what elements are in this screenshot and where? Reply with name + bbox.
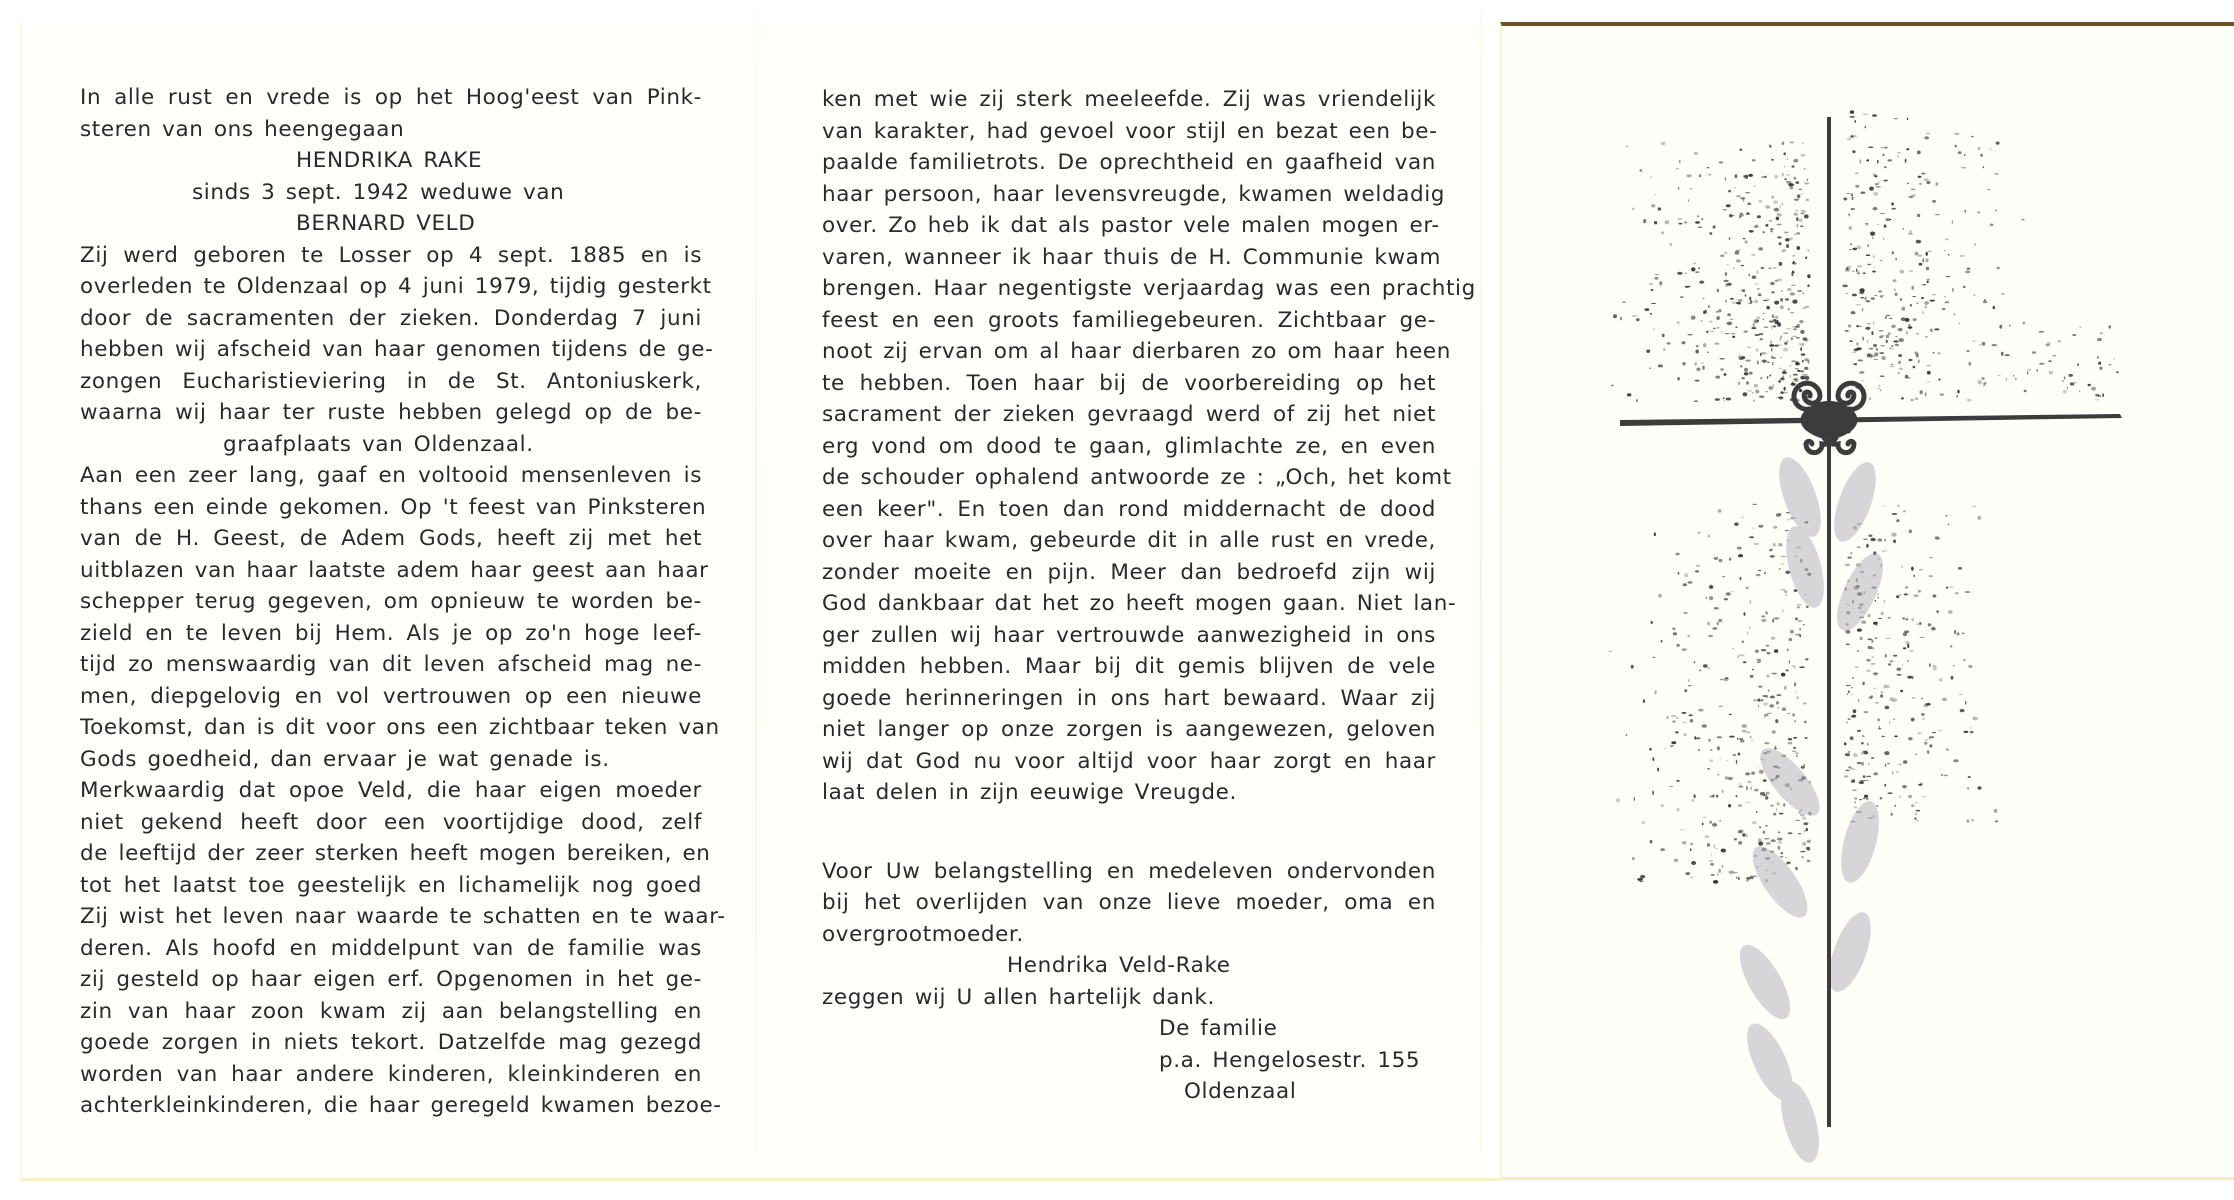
text-line: zeggen wij U allen hartelijk dank.: [822, 982, 1436, 1014]
text-line: goede zorgen in niets tekort. Datzelfde …: [80, 1027, 702, 1059]
text-line: overgrootmoeder.: [822, 919, 1436, 951]
text-line: HENDRIKA RAKE: [80, 145, 702, 177]
text-line: over haar kwam, gebeurde dit in alle rus…: [822, 525, 1436, 557]
text-line: Gods goedheid, dan ervaar je wat genade …: [80, 744, 702, 776]
text-line: Voor Uw belangstelling en medeleven onde…: [822, 856, 1436, 888]
text-line: deren. Als hoofd en middelpunt van de fa…: [80, 933, 702, 965]
text-line: erg vond om dood te gaan, glimlachte ze,…: [822, 431, 1436, 463]
left-text-column: In alle rust en vrede is op het Hoog'ees…: [80, 82, 702, 1122]
text-line: hebben wij afscheid van haar genomen tij…: [80, 334, 702, 366]
text-line: God dankbaar dat het zo heeft mogen gaan…: [822, 588, 1436, 620]
text-line: over. Zo heb ik dat als pastor vele male…: [822, 210, 1436, 242]
text-line: uitblazen van haar laatste adem haar gee…: [80, 555, 702, 587]
text-line: sacrament der zieken gevraagd werd of zi…: [822, 399, 1436, 431]
text-line: de leeftijd der zeer sterken heeft mogen…: [80, 838, 702, 870]
text-line: sinds 3 sept. 1942 weduwe van: [80, 177, 702, 209]
text-line: Zij wist het leven naar waarde te schatt…: [80, 901, 702, 933]
text-line: worden van haar andere kinderen, kleinki…: [80, 1059, 702, 1091]
text-line: de schouder ophalend antwoorde ze : „Och…: [822, 462, 1436, 494]
text-line: te hebben. Toen haar bij de voorbereidin…: [822, 368, 1436, 400]
text-line: Zij werd geboren te Losser op 4 sept. 18…: [80, 240, 702, 272]
middle-text-column: ken met wie zij sterk meeleefde. Zij was…: [822, 84, 1436, 1108]
text-line: tot het laatst toe geestelijk en lichame…: [80, 870, 702, 902]
text-line: Aan een zeer lang, gaaf en voltooid mens…: [80, 460, 702, 492]
text-line: Hendrika Veld-Rake: [822, 950, 1436, 982]
text-line: niet gekend heeft door een voortijdige d…: [80, 807, 702, 839]
text-line: men, diepgelovig en vol vertrouwen op ee…: [80, 681, 702, 713]
text-line: schepper terug gegeven, om opnieuw te wo…: [80, 586, 702, 618]
text-line: van karakter, had gevoel voor stijl en b…: [822, 116, 1436, 148]
text-line: paalde familietrots. De oprechtheid en g…: [822, 147, 1436, 179]
text-line: brengen. Haar negentigste verjaardag was…: [822, 273, 1436, 305]
text-line: een keer". En toen dan rond middernacht …: [822, 494, 1436, 526]
text-line: niet langer op onze zorgen is aangewezen…: [822, 714, 1436, 746]
text-line: laat delen in zijn eeuwige Vreugde.: [822, 777, 1436, 809]
cross-vertical-beam: [1827, 117, 1831, 1127]
text-line: door de sacramenten der zieken. Donderda…: [80, 303, 702, 335]
text-line: midden hebben. Maar bij dit gemis blijve…: [822, 651, 1436, 683]
text-line: thans een einde gekomen. Op 't feest van…: [80, 492, 702, 524]
text-line: feest en een groots familiegebeuren. Zic…: [822, 305, 1436, 337]
text-line: zij gesteld op haar eigen erf. Opgenomen…: [80, 964, 702, 996]
text-line: tijd zo menswaardig van dit leven afsche…: [80, 649, 702, 681]
text-line: bij het overlijden van onze lieve moeder…: [822, 887, 1436, 919]
text-line: De familie: [822, 1013, 1436, 1045]
text-line: varen, wanneer ik haar thuis de H. Commu…: [822, 242, 1436, 274]
text-line: graafplaats van Oldenzaal.: [80, 429, 702, 461]
text-line: waarna wij haar ter ruste hebben gelegd …: [80, 397, 702, 429]
text-line: ger zullen wij haar vertrouwde aanwezigh…: [822, 620, 1436, 652]
text-line: Merkwaardig dat opoe Veld, die haar eige…: [80, 775, 702, 807]
text-line: haar persoon, haar levensvreugde, kwamen…: [822, 179, 1436, 211]
text-line: Oldenzaal: [822, 1076, 1436, 1108]
text-line: goede herinneringen in ons hart bewaard.…: [822, 683, 1436, 715]
text-line: achterkleinkinderen, die haar geregeld k…: [80, 1090, 702, 1122]
fold-line: [755, 10, 757, 1150]
text-line: steren van ons heengegaan: [80, 114, 702, 146]
text-line: zield en te leven bij Hem. Als je op zo'…: [80, 618, 702, 650]
text-line: zongen Eucharistieviering in de St. Anto…: [80, 366, 702, 398]
text-line: In alle rust en vrede is op het Hoog'ees…: [80, 82, 702, 114]
text-line: zin van haar zoon kwam zij aan belangste…: [80, 996, 702, 1028]
text-line: noot zij ervan om al haar dierbaren zo o…: [822, 336, 1436, 368]
text-line: wij dat God nu voor altijd voor haar zor…: [822, 746, 1436, 778]
text-line: overleden te Oldenzaal op 4 juni 1979, t…: [80, 271, 702, 303]
paragraph-spacer: [822, 809, 1436, 856]
text-line: Toekomst, dan is dit voor ons een zichtb…: [80, 712, 702, 744]
fold-line: [1480, 10, 1482, 1150]
cross-icon: [1500, 22, 2234, 1180]
text-line: p.a. Hengelosestr. 155: [822, 1045, 1436, 1077]
text-line: ken met wie zij sterk meeleefde. Zij was…: [822, 84, 1436, 116]
leaf-vine-icon: [1730, 452, 1892, 1167]
text-line: zonder moeite en pijn. Meer dan bedroefd…: [822, 557, 1436, 589]
text-line: BERNARD VELD: [80, 208, 702, 240]
text-line: van de H. Geest, de Adem Gods, heeft zij…: [80, 523, 702, 555]
cross-horizontal-beam: [1620, 414, 2122, 426]
